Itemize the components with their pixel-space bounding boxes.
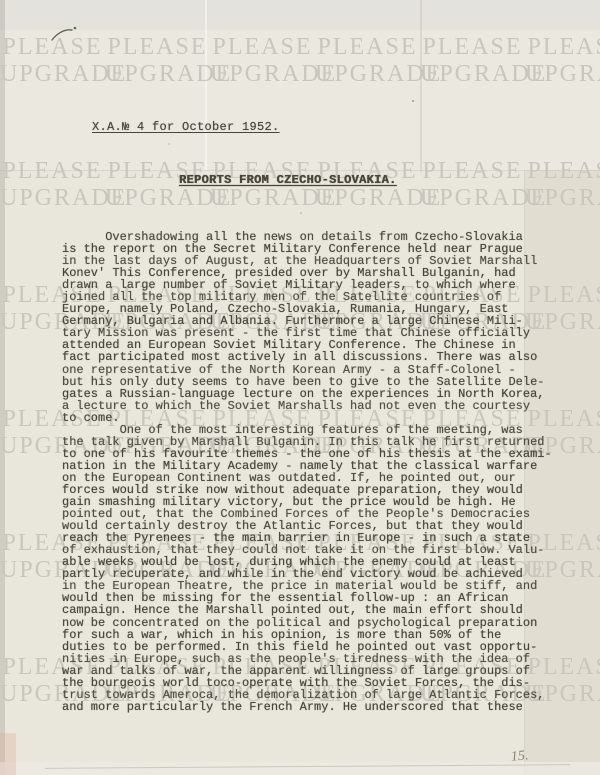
watermark-text: PLEASE: [315, 34, 420, 61]
watermark-text: PLEASE: [210, 34, 315, 61]
document-reference-line: X.A.№ 4 for October 1952.: [92, 120, 280, 134]
watermark-cell: PLEASEUPGRADE: [315, 28, 420, 152]
body-line: fact participated most actively in all d…: [62, 351, 562, 363]
watermark-text: UPGRADE: [525, 61, 600, 88]
scan-shade-upper-band: [0, 30, 600, 171]
paper-crease-vertical: [205, 0, 207, 170]
watermark-text: PLEASE: [420, 158, 525, 185]
scan-shade-bottom: [0, 762, 600, 775]
watermark-text: UPGRADE: [420, 185, 525, 212]
body-line: nities in Europe, such as the people's t…: [62, 653, 562, 665]
body-line: would certainly destroy the Atlantic For…: [62, 520, 562, 532]
watermark-text: UPGRADE: [0, 61, 105, 88]
body-line: the bourgeois world toco-operate with th…: [62, 677, 562, 689]
watermark-text: PLEASE: [525, 34, 600, 61]
document-body: Overshadowing all the news on details fr…: [62, 231, 562, 713]
watermark-text: UPGRADE: [315, 185, 420, 212]
body-line: in the European Theatre, the price in ma…: [62, 580, 562, 592]
body-line: to come.: [62, 412, 562, 424]
body-line: campaign. Hence the Marshall pointed out…: [62, 604, 562, 616]
watermark-cell: PLEASEUPGRADE: [420, 28, 525, 152]
watermark-text: PLEASE: [105, 34, 210, 61]
watermark-text: UPGRADE: [210, 61, 315, 88]
watermark-text: UPGRADE: [315, 61, 420, 88]
paper-speck: [168, 143, 170, 145]
body-line: trust towards Ameroca, the demoralizatio…: [62, 689, 562, 701]
watermark-text: UPGRADE: [0, 185, 105, 212]
scan-artifact-patch: [0, 733, 16, 775]
paper-crease-bottom: [45, 764, 570, 769]
body-line: one representative of the North Korean A…: [62, 364, 562, 376]
scan-shade-top: [0, 0, 600, 30]
scratch-mark: [48, 22, 84, 44]
body-line: war and talks of war, the apparent willi…: [62, 665, 562, 677]
body-line: Overshadowing all the news on details fr…: [62, 231, 562, 243]
watermark-cell: PLEASEUPGRADE: [525, 28, 600, 152]
paper-crease-vertical: [420, 0, 422, 172]
watermark-text: PLEASE: [0, 158, 105, 185]
watermark-text: UPGRADE: [105, 61, 210, 88]
handwritten-page-number: 15.: [510, 748, 529, 765]
watermark-text: UPGRADE: [105, 185, 210, 212]
body-line: joined all the top military men of the S…: [62, 291, 562, 303]
body-line: of exhaustion, that they could not take …: [62, 544, 562, 556]
watermark-text: UPGRADE: [210, 185, 315, 212]
paper-speck: [412, 100, 414, 102]
body-line: now be concentrated on the political and…: [62, 617, 562, 629]
body-line: and more particularly the French Army. H…: [62, 701, 562, 713]
paper-speck: [300, 212, 302, 214]
document-heading: REPORTS FROM CZECHO-SLOVAKIA.: [179, 173, 397, 187]
body-line: One of the most interesting features of …: [62, 424, 562, 436]
scanned-document-page: PLEASEUPGRADEPLEASEUPGRADEPLEASEUPGRADEP…: [0, 0, 600, 775]
body-line: tary Mission was present - the first tim…: [62, 327, 562, 339]
scan-edge-left: [0, 0, 5, 775]
body-line: gates a Russian-language lecture on the …: [62, 388, 562, 400]
watermark-text: UPGRADE: [420, 61, 525, 88]
watermark-text: PLEASE: [420, 34, 525, 61]
body-line: a lecture to which the Soviet Marshalls …: [62, 400, 562, 412]
body-line: but his only duty seems to have been to …: [62, 376, 562, 388]
watermark-text: UPGRADE: [525, 185, 600, 212]
body-line: the talk given by Marshall Bulganin. In …: [62, 436, 562, 448]
watermark-cell: PLEASEUPGRADE: [0, 28, 105, 152]
body-line: on the European Continent was outdated. …: [62, 472, 562, 484]
body-line: in the last days of August, at the Headq…: [62, 255, 562, 267]
body-line: duties to be performed. In this field he…: [62, 641, 562, 653]
body-line: for such a war, which in his opinion, is…: [62, 629, 562, 641]
watermark-text: PLEASE: [525, 158, 600, 185]
